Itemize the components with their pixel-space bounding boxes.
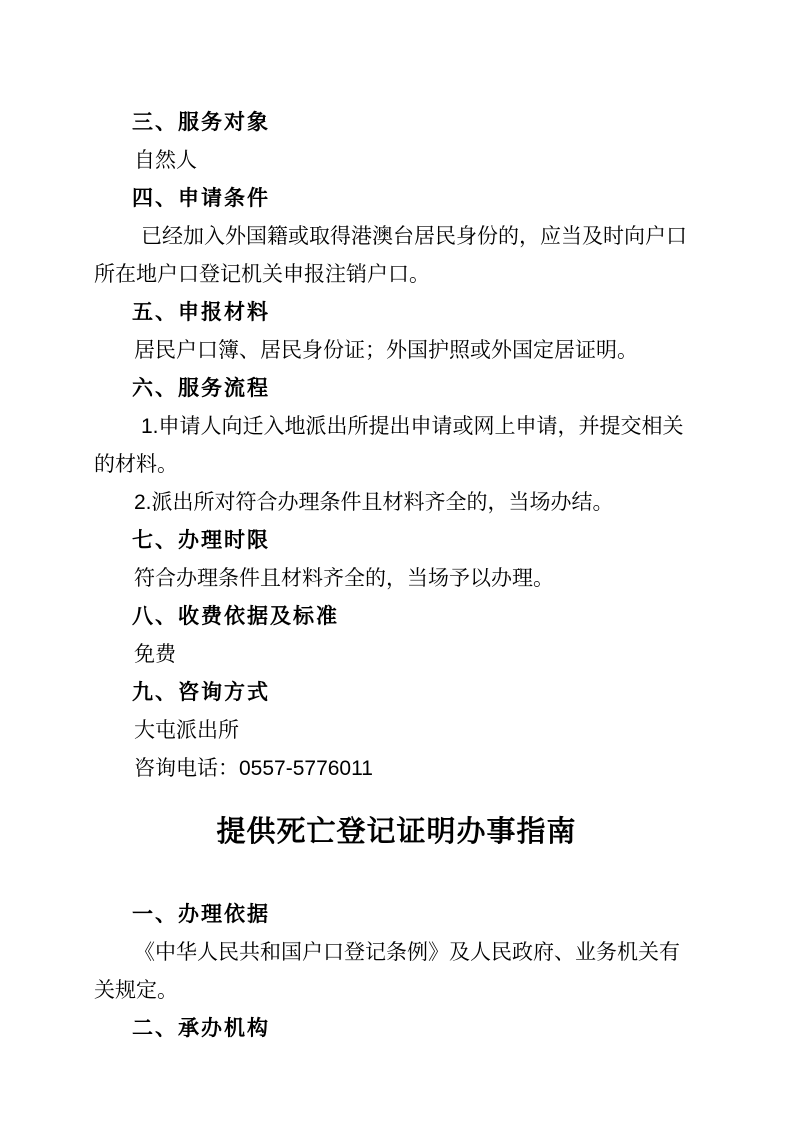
guide2-title: 提供死亡登记证明办事指南 (94, 810, 699, 854)
section-heading-fees: 八、收费依据及标准 (94, 598, 699, 636)
paragraph-time-limit: 符合办理条件且材料齐全的，当场予以办理。 (94, 560, 699, 598)
section-heading-process: 六、服务流程 (94, 370, 699, 408)
section-heading-apply-conditions: 四、申请条件 (94, 180, 699, 218)
paragraph-apply-conditions-line2: 所在地户口登记机关申报注销户口。 (94, 256, 699, 294)
paragraph-service-target: 自然人 (94, 142, 699, 180)
section-heading-agency: 二、承办机构 (94, 1010, 699, 1048)
paragraph-fees: 免费 (94, 636, 699, 674)
document-content: 三、服务对象 自然人 四、申请条件 已经加入外国籍或取得港澳台居民身份的，应当及… (0, 0, 793, 1048)
section-heading-consultation: 九、咨询方式 (94, 674, 699, 712)
paragraph-process-step1-line1: 1.申请人向迁入地派出所提出申请或网上申请，并提交相关 (94, 408, 699, 446)
paragraph-apply-conditions-line1: 已经加入外国籍或取得港澳台居民身份的，应当及时向户口 (94, 218, 699, 256)
paragraph-materials: 居民户口簿、居民身份证；外国护照或外国定居证明。 (94, 332, 699, 370)
section-heading-legal-basis: 一、办理依据 (94, 896, 699, 934)
paragraph-consultation-phone: 咨询电话：0557-5776011 (94, 750, 699, 788)
paragraph-legal-basis-line1: 《中华人民共和国户口登记条例》及人民政府、业务机关有 (94, 934, 699, 972)
section-heading-materials: 五、申报材料 (94, 294, 699, 332)
paragraph-process-step2: 2.派出所对符合办理条件且材料齐全的，当场办结。 (94, 484, 699, 522)
paragraph-process-step1-line2: 的材料。 (94, 446, 699, 484)
paragraph-legal-basis-line2: 关规定。 (94, 972, 699, 1010)
document-page: 三、服务对象 自然人 四、申请条件 已经加入外国籍或取得港澳台居民身份的，应当及… (0, 0, 793, 1122)
section-heading-service-target: 三、服务对象 (94, 104, 699, 142)
section-heading-time-limit: 七、办理时限 (94, 522, 699, 560)
paragraph-consultation-office: 大屯派出所 (94, 712, 699, 750)
